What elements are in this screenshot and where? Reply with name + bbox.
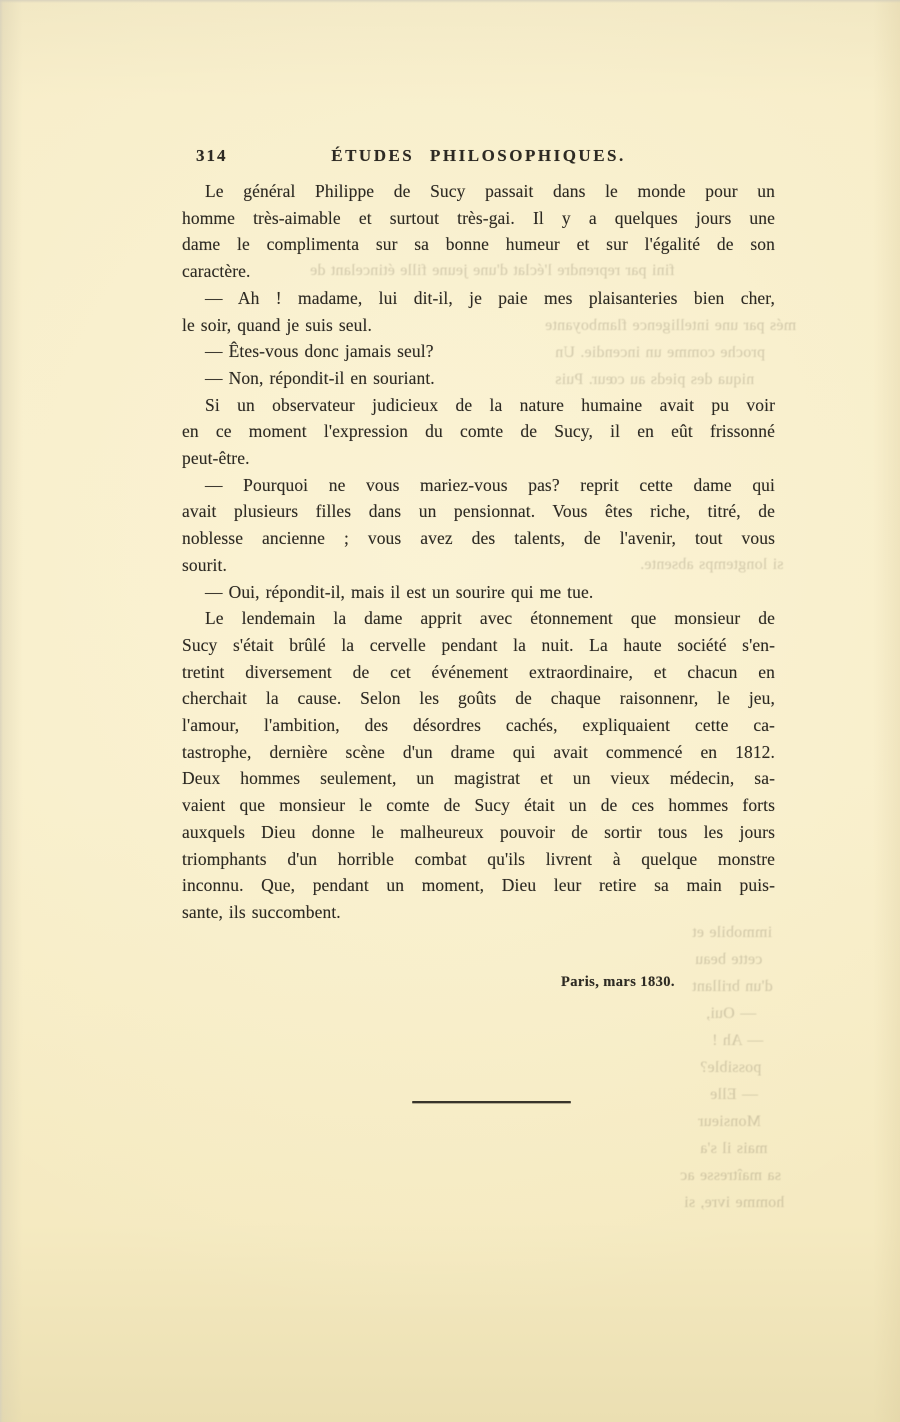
- paragraph: — Non, répondit-il en souriant.: [182, 365, 775, 392]
- bleedthrough-line: — Elle: [710, 1086, 758, 1104]
- running-title: ÉTUDES PHILOSOPHIQUES.: [182, 146, 775, 166]
- bleedthrough-line: cette beau: [695, 951, 762, 969]
- text-line: inconnu. Que, pendant un moment, Dieu le…: [182, 872, 775, 899]
- text-line: homme très-aimable et surtout très-gai. …: [182, 205, 775, 232]
- text-line: dame le complimenta sur sa bonne humeur …: [182, 231, 775, 258]
- bleedthrough-line: mais il s'a: [700, 1140, 768, 1158]
- paragraph: — Êtes-vous donc jamais seul?: [182, 338, 775, 365]
- text-line: — Ah ! madame, lui dit-il, je paie mes p…: [182, 285, 775, 312]
- text-line: — Oui, répondit-il, mais il est un souri…: [182, 579, 775, 606]
- separator-rule: [412, 1101, 571, 1103]
- page-number: 314: [196, 146, 228, 166]
- text-line: triomphants d'un horrible combat qu'ils …: [182, 846, 775, 873]
- running-header: 314 ÉTUDES PHILOSOPHIQUES.: [182, 146, 775, 170]
- text-line: — Pourquoi ne vous mariez-vous pas? repr…: [182, 472, 775, 499]
- text-line: Deux hommes seulement, un magistrat et u…: [182, 765, 775, 792]
- bleedthrough-line: d'un brillant: [692, 978, 773, 996]
- text-line: Le général Philippe de Sucy passait dans…: [182, 178, 775, 205]
- text-line: Si un observateur judicieux de la nature…: [182, 392, 775, 419]
- text-line: Sucy s'était brûlé la cervelle pendant l…: [182, 632, 775, 659]
- text-line: cherchait la cause. Selon les goûts de c…: [182, 685, 775, 712]
- bleedthrough-line: homme ivre, si: [684, 1194, 784, 1212]
- scan-edge-top: [0, 0, 900, 3]
- paragraph: Si un observateur judicieux de la nature…: [182, 392, 775, 472]
- paragraph: — Pourquoi ne vous mariez-vous pas? repr…: [182, 472, 775, 579]
- paragraph: — Ah ! madame, lui dit-il, je paie mes p…: [182, 285, 775, 338]
- text-line: — Êtes-vous donc jamais seul?: [182, 338, 775, 365]
- text-line: sourit.: [182, 552, 775, 579]
- text-line: tastrophe, dernière scène d'un drame qui…: [182, 739, 775, 766]
- text-block: Le général Philippe de Sucy passait dans…: [182, 178, 775, 926]
- text-line: noblesse ancienne ; vous avez des talent…: [182, 525, 775, 552]
- scan-edge-left: [0, 0, 3, 1422]
- bleedthrough-line: — Oui,: [706, 1005, 756, 1023]
- book-page-scan: fini par reprendre l'éclat d'une jeune f…: [0, 0, 900, 1422]
- text-line: peut-être.: [182, 445, 775, 472]
- text-line: en ce moment l'expression du comte de Su…: [182, 418, 775, 445]
- paragraph: Le général Philippe de Sucy passait dans…: [182, 178, 775, 285]
- text-line: Le lendemain la dame apprit avec étonnem…: [182, 605, 775, 632]
- bleedthrough-line: possible?: [700, 1059, 761, 1077]
- text-line: avait plusieurs filles dans un pensionna…: [182, 498, 775, 525]
- text-line: sante, ils succombent.: [182, 899, 775, 926]
- text-line: — Non, répondit-il en souriant.: [182, 365, 775, 392]
- text-line: caractère.: [182, 258, 775, 285]
- text-line: le soir, quand je suis seul.: [182, 312, 775, 339]
- paragraph: Le lendemain la dame apprit avec étonnem…: [182, 605, 775, 925]
- bleedthrough-line: — Ah !: [712, 1032, 763, 1050]
- text-line: tretint diversement de cet événement ext…: [182, 659, 775, 686]
- dateline: Paris, mars 1830.: [561, 974, 675, 991]
- bleedthrough-line: sa maîtresse ac: [680, 1167, 781, 1185]
- bleedthrough-line: Monsieur: [698, 1113, 761, 1131]
- paragraph: — Oui, répondit-il, mais il est un souri…: [182, 579, 775, 606]
- text-line: vaient que monsieur le comte de Sucy éta…: [182, 792, 775, 819]
- bleedthrough-line: immobile et: [692, 924, 772, 942]
- text-line: auxquels Dieu donne le malheureux pouvoi…: [182, 819, 775, 846]
- text-line: l'amour, l'ambition, des désordres caché…: [182, 712, 775, 739]
